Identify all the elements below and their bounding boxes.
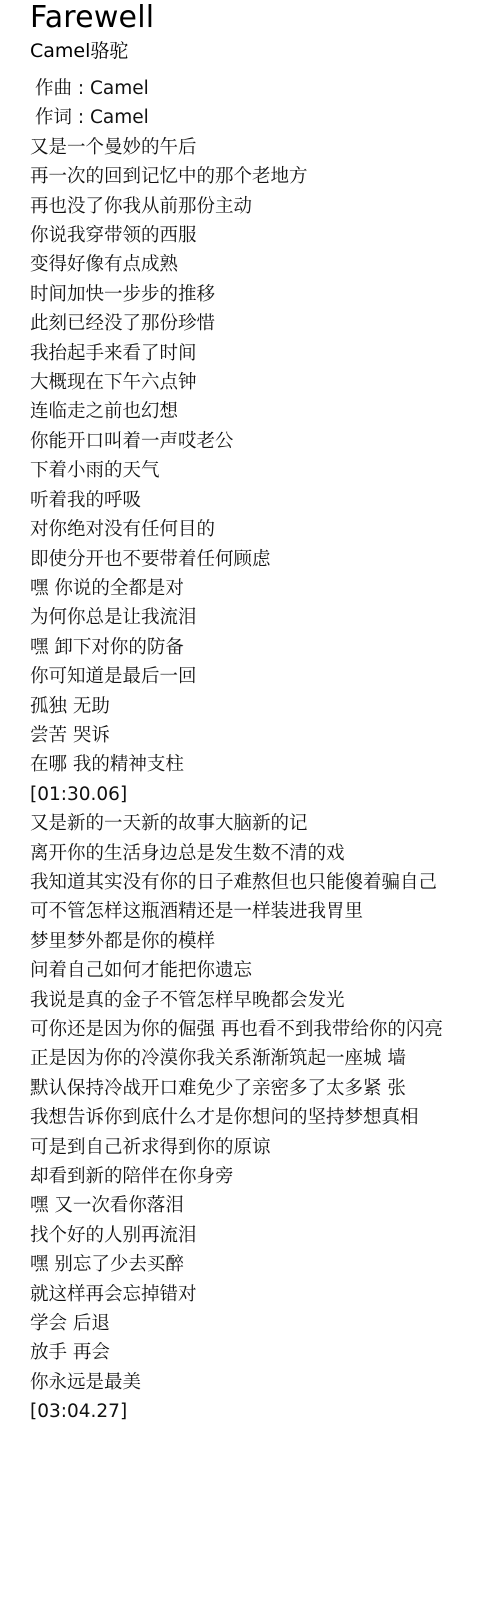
lyric-line: 你能开口叫着一声哎老公 [30, 427, 500, 456]
lyric-line: 放手 再会 [30, 1338, 500, 1367]
lyric-line: 再也没了你我从前那份主动 [30, 192, 500, 221]
lyric-line: 正是因为你的冷漠你我关系渐渐筑起一座城 墙 [30, 1044, 500, 1073]
lyric-line: 学会 后退 [30, 1309, 500, 1338]
credit-composer: 作曲 : Camel [30, 74, 500, 103]
lyric-line: 我知道其实没有你的日子难熬但也只能傻着骗自己 [30, 868, 500, 897]
lyric-line: 又是一个曼妙的午后 [30, 133, 500, 162]
lyric-line: 我想告诉你到底什么才是你想问的坚持梦想真相 [30, 1103, 500, 1132]
timestamp: [03:04.27] [30, 1397, 500, 1426]
timestamp: [01:30.06] [30, 780, 500, 809]
lyric-line: 下着小雨的天气 [30, 456, 500, 485]
lyric-line: 对你绝对没有任何目的 [30, 515, 500, 544]
lyric-line: 嘿 卸下对你的防备 [30, 633, 500, 662]
lyric-line: 却看到新的陪伴在你身旁 [30, 1162, 500, 1191]
lyric-line: 我说是真的金子不管怎样早晚都会发光 [30, 986, 500, 1015]
lyric-line: 听着我的呼吸 [30, 486, 500, 515]
lyric-line: 离开你的生活身边总是发生数不清的戏 [30, 839, 500, 868]
lyric-line: 可不管怎样这瓶酒精还是一样装进我胃里 [30, 897, 500, 926]
song-artist: Camel骆驼 [30, 36, 500, 66]
lyric-line: 变得好像有点成熟 [30, 250, 500, 279]
lyric-line: 可你还是因为你的倔强 再也看不到我带给你的闪亮 [30, 1015, 500, 1044]
lyric-line: 就这样再会忘掉错对 [30, 1280, 500, 1309]
lyrics-list: 作曲 : Camel 作词 : Camel 又是一个曼妙的午后 再一次的回到记忆… [30, 74, 500, 1427]
lyric-line: 你可知道是最后一回 [30, 662, 500, 691]
lyric-line: 嘿 你说的全都是对 [30, 574, 500, 603]
lyric-line: 在哪 我的精神支柱 [30, 750, 500, 779]
credit-lyricist: 作词 : Camel [30, 103, 500, 132]
lyric-line: 嘿 别忘了少去买醉 [30, 1250, 500, 1279]
song-title: Farewell [30, 0, 500, 36]
lyric-line: 为何你总是让我流泪 [30, 603, 500, 632]
lyric-line: 大概现在下午六点钟 [30, 368, 500, 397]
lyric-line: 时间加快一步步的推移 [30, 280, 500, 309]
lyric-line: 默认保持冷战开口难免少了亲密多了太多紧 张 [30, 1074, 500, 1103]
lyric-line: 此刻已经没了那份珍惜 [30, 309, 500, 338]
lyric-line: 连临走之前也幻想 [30, 397, 500, 426]
lyric-line: 找个好的人别再流泪 [30, 1221, 500, 1250]
lyric-line: 你永远是最美 [30, 1368, 500, 1397]
lyric-line: 再一次的回到记忆中的那个老地方 [30, 162, 500, 191]
lyric-line: 我抬起手来看了时间 [30, 339, 500, 368]
lyric-line: 问着自己如何才能把你遗忘 [30, 956, 500, 985]
lyric-line: 可是到自己祈求得到你的原谅 [30, 1133, 500, 1162]
lyric-line: 即使分开也不要带着任何顾虑 [30, 545, 500, 574]
lyric-line: 孤独 无助 [30, 692, 500, 721]
lyric-line: 梦里梦外都是你的模样 [30, 927, 500, 956]
lyric-line: 嘿 又一次看你落泪 [30, 1191, 500, 1220]
lyric-line: 你说我穿带领的西服 [30, 221, 500, 250]
lyrics-page: Farewell Camel骆驼 作曲 : Camel 作词 : Camel 又… [30, 0, 500, 1427]
lyric-line: 尝苦 哭诉 [30, 721, 500, 750]
lyric-line: 又是新的一天新的故事大脑新的记 [30, 809, 500, 838]
